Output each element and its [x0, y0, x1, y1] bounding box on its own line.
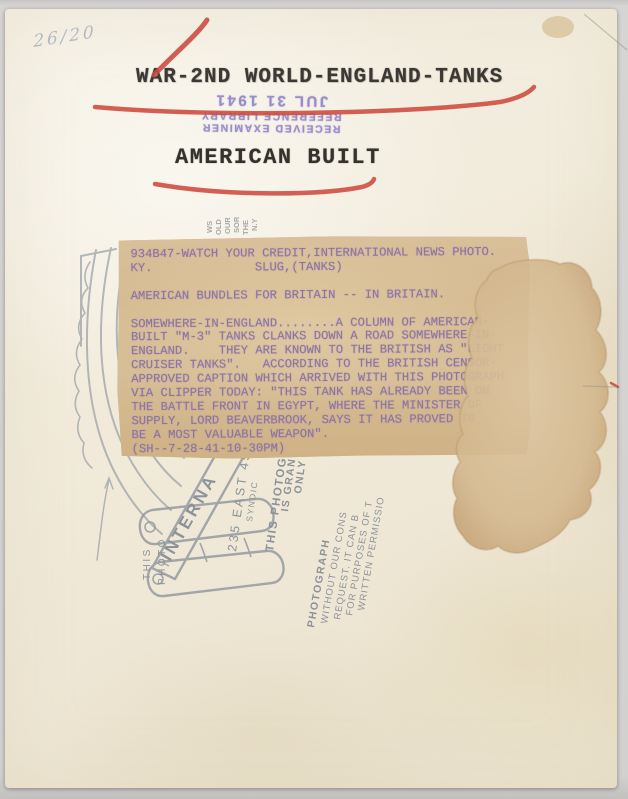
caption-slip-text: 934B47-WATCH YOUR CREDIT,INTERNATIONAL N… [116, 235, 530, 457]
stamp-received-line: RECEIVED EXAMINER [178, 121, 364, 135]
secondary-heading: AMERICAN BUILT [175, 145, 381, 170]
stamp-date: JUL 31 1941 [178, 91, 364, 110]
received-date-stamp: RECEIVED EXAMINER REFERENCE LIBRARY JUL … [178, 91, 364, 135]
stamp-library-line: REFERENCE LIBRARY [178, 109, 364, 123]
caption-slip: 934B47-WATCH YOUR CREDIT,INTERNATIONAL N… [116, 235, 530, 460]
photo-verso-scan: INTERNA THIS PHOTO 235 EAST 45TH SYNDIC … [0, 0, 628, 799]
subject-heading: WAR-2ND WORLD-ENGLAND-TANKS [136, 66, 503, 89]
